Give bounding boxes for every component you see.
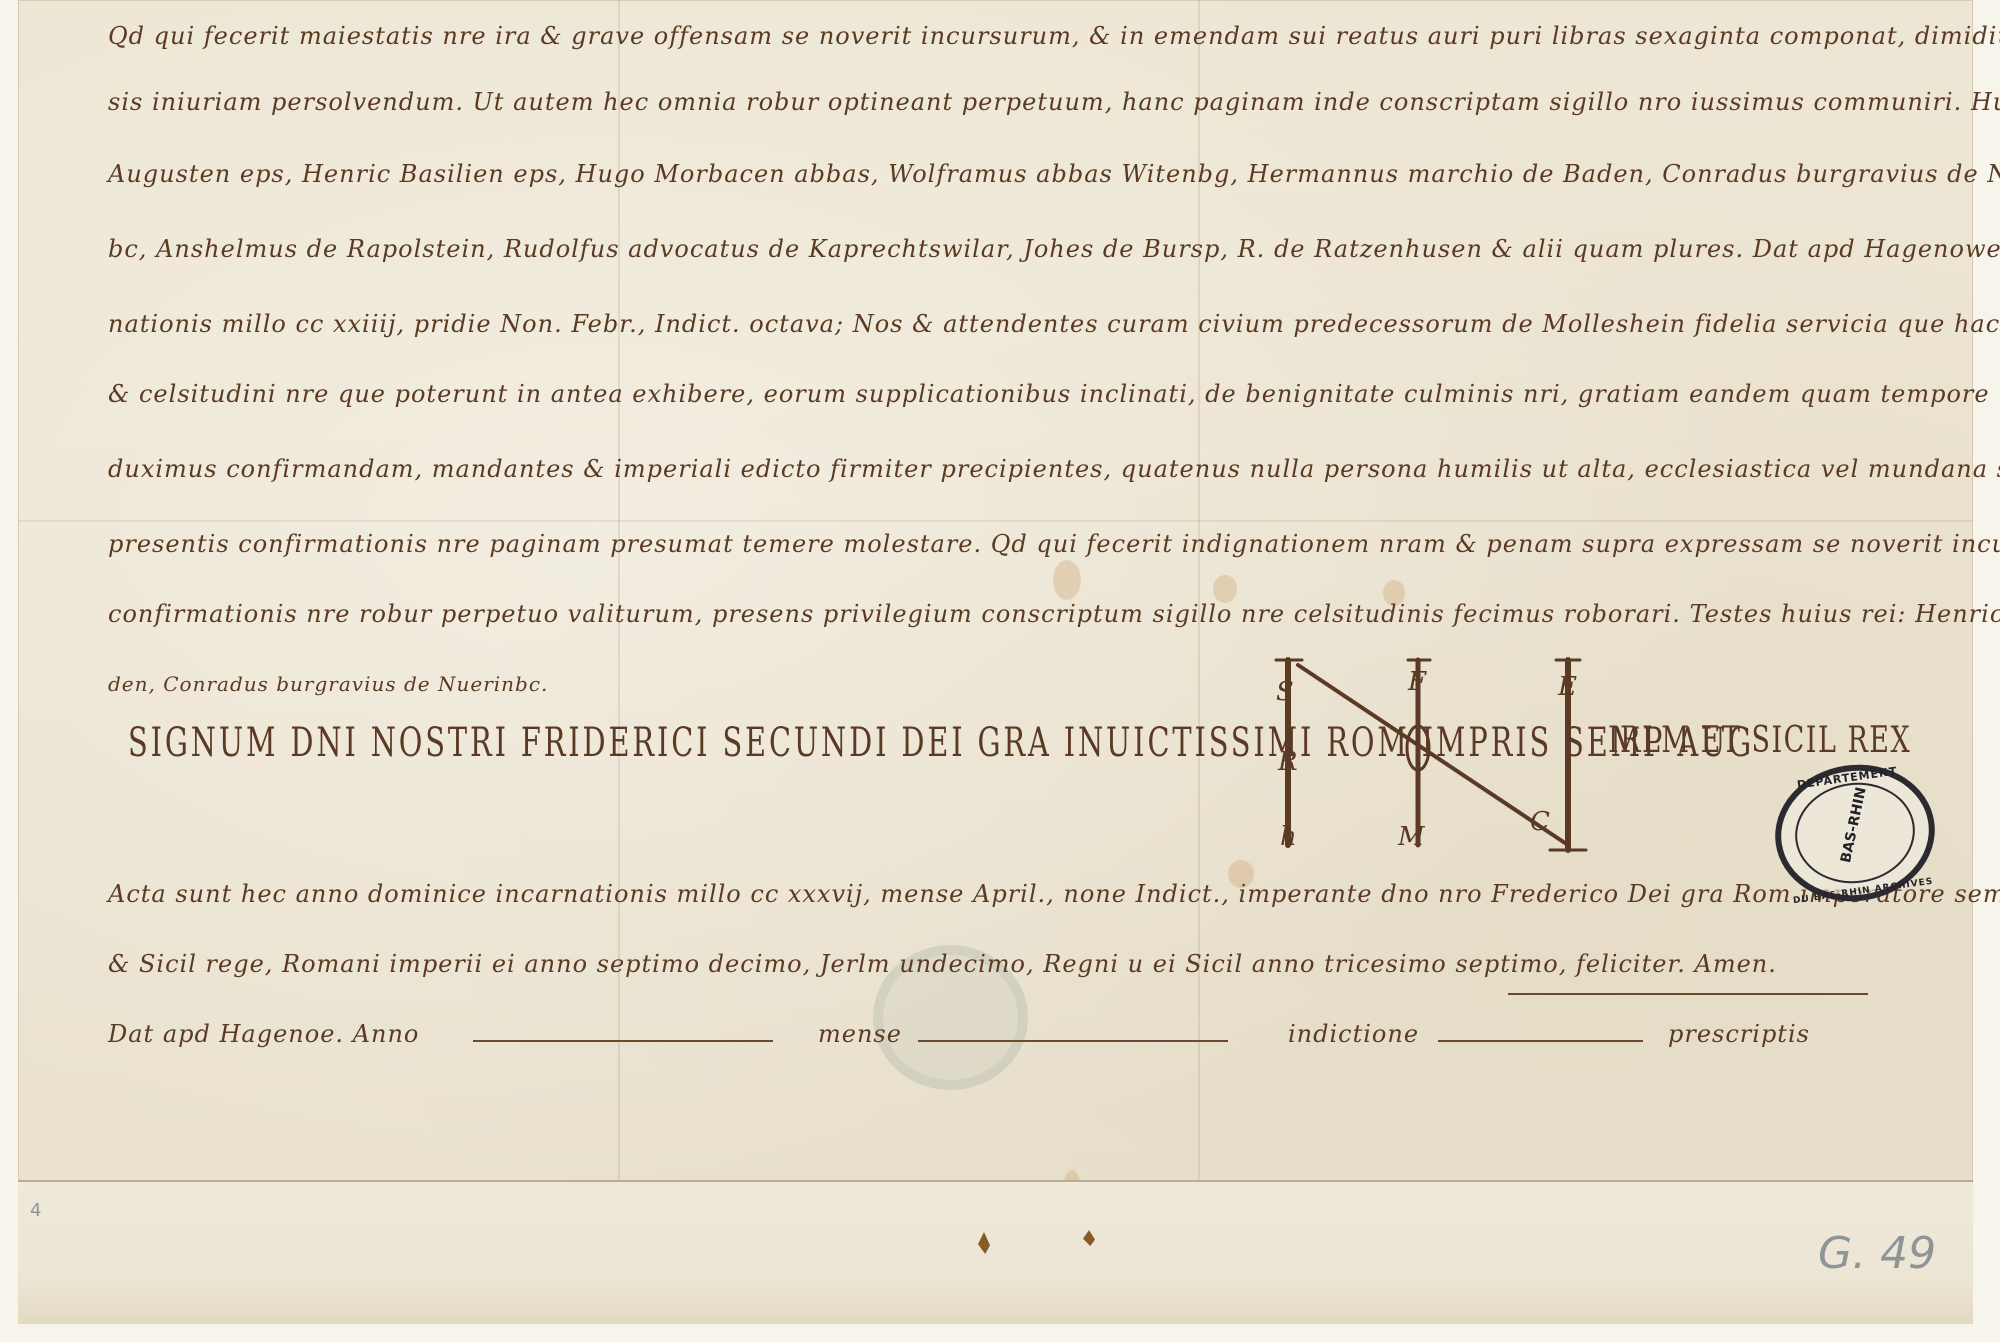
text-line: Augusten eps, Henric Basilien eps, Hugo … <box>108 160 2000 188</box>
blank-rule <box>473 1040 773 1042</box>
plica-fold <box>18 1180 1973 1324</box>
blank-form-dat: Dat apd Hagenoe. Anno <box>108 1020 419 1048</box>
text-line: & celsitudini nre que poterunt in antea … <box>108 380 2000 408</box>
svg-text:M: M <box>1397 822 1426 852</box>
svg-text:S: S <box>1276 677 1294 707</box>
stain <box>1213 575 1237 603</box>
margin-number: 4 <box>30 1200 41 1221</box>
fold-line <box>18 520 1973 522</box>
dating-line: & Sicil rege, Romani imperii ei anno sep… <box>108 950 1777 978</box>
text-line: sis iniuriam persolvendum. Ut autem hec … <box>108 88 2000 116</box>
seal-cord-hole <box>1083 1230 1095 1246</box>
shelfmark: G. 49 <box>1818 1228 1936 1279</box>
text-line: nationis millo cc xxiiij, pridie Non. Fe… <box>108 310 2000 338</box>
blank-form-mense: mense <box>818 1020 902 1048</box>
seal-cord-hole <box>978 1232 990 1254</box>
text-line: confirmationis nre robur perpetuo valitu… <box>108 600 2000 628</box>
svg-text:E: E <box>1557 672 1577 702</box>
stain <box>1053 560 1081 600</box>
svg-text:R: R <box>1277 747 1298 777</box>
text-line: presentis confirmationis nre paginam pre… <box>108 530 2000 558</box>
svg-text:h: h <box>1280 822 1297 852</box>
imperial-monogram: S R h F M E C <box>1268 650 1618 860</box>
dating-line: Acta sunt hec anno dominice incarnationi… <box>108 880 2000 908</box>
text-line: Qd qui fecerit maiestatis nre ira & grav… <box>108 22 2000 50</box>
svg-text:C: C <box>1530 807 1550 837</box>
blank-rule <box>918 1040 1228 1042</box>
svg-text:F: F <box>1407 667 1427 697</box>
blank-form-indictione: indictione <box>1288 1020 1419 1048</box>
charter-parchment: Qd qui fecerit maiestatis nre ira & grav… <box>18 0 1973 1322</box>
blank-rule <box>1508 993 1868 995</box>
text-line: bc, Anshelmus de Rapolstein, Rudolfus ad… <box>108 235 2000 263</box>
blank-rule <box>1438 1040 1643 1042</box>
text-line: den, Conradus burgravius de Nuerinbc. <box>108 672 548 696</box>
text-line: duximus confirmandam, mandantes & imperi… <box>108 455 2000 483</box>
blank-form-prescriptis: prescriptis <box>1668 1020 1810 1048</box>
